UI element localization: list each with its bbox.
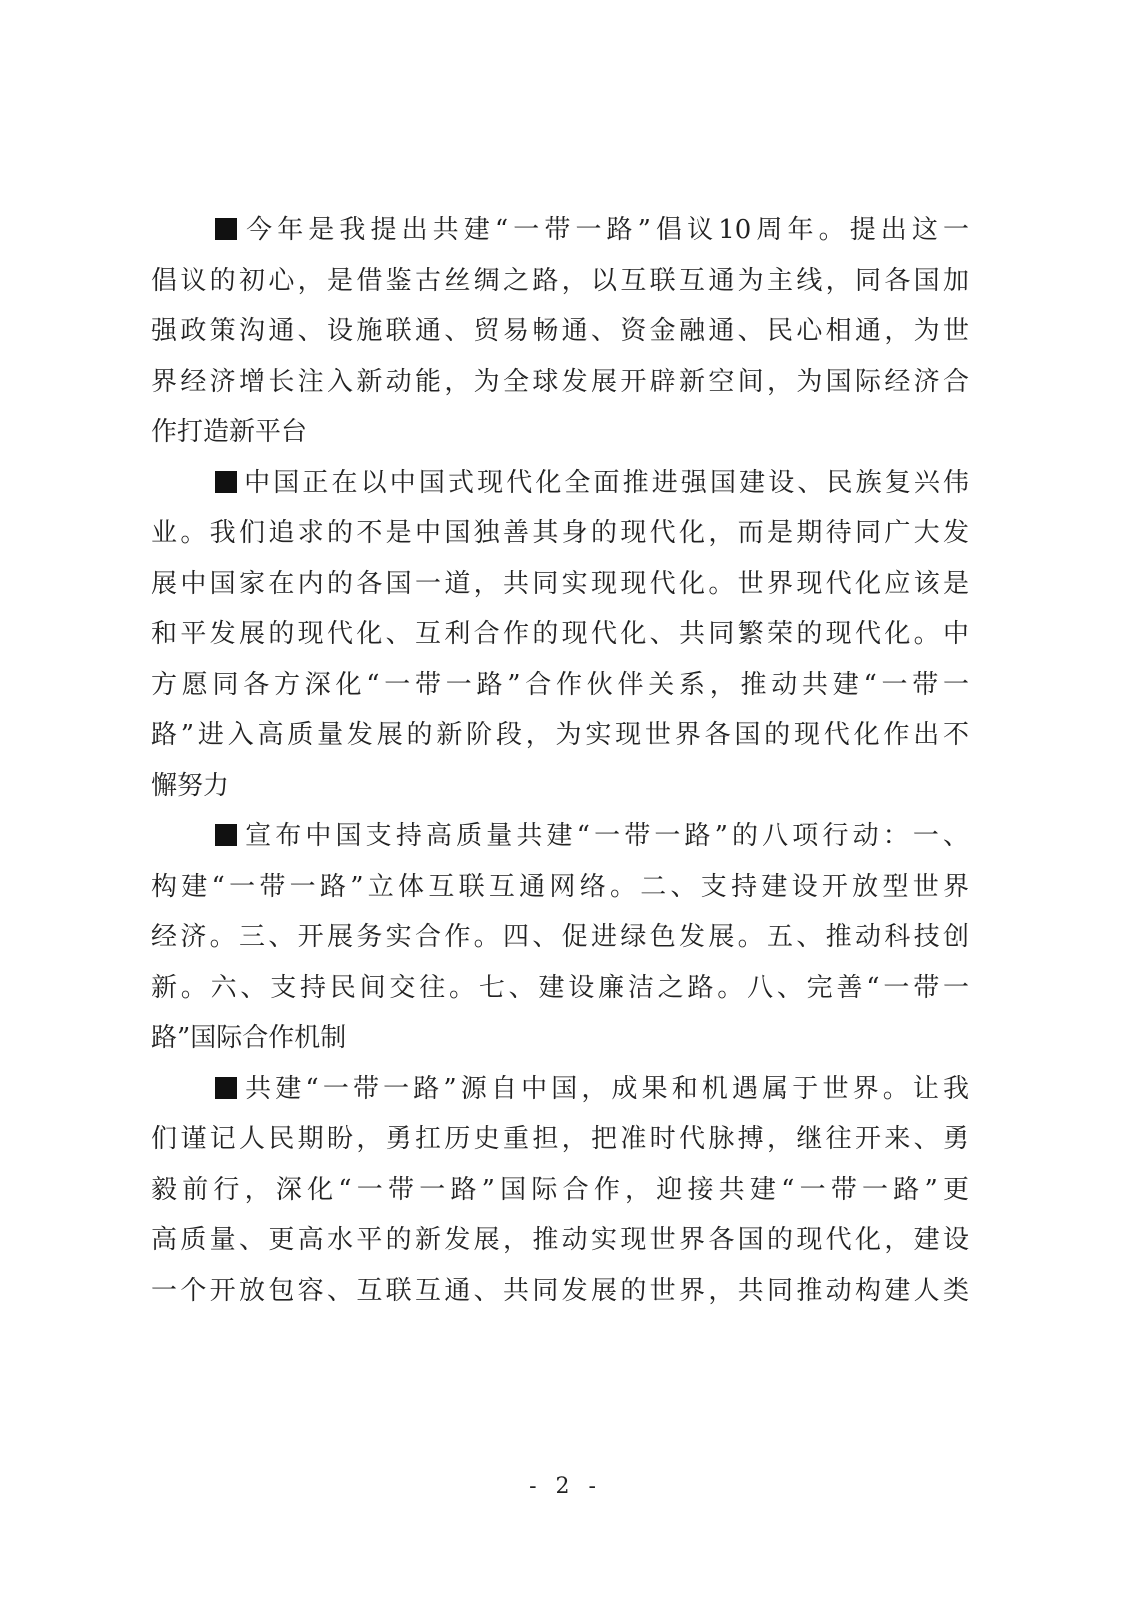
paragraph-line: 们谨记人民期盼，勇扛历史重担，把准时代脉搏，继往开来、勇 [151, 1114, 969, 1165]
page-number: - 2 - [0, 1474, 1131, 1499]
paragraph-line: 中国正在以中国式现代化全面推进强国建设、民族复兴伟 [151, 458, 969, 509]
paragraph-line: 业。我们追求的不是中国独善其身的现代化，而是期待同广大发 [151, 508, 969, 559]
paragraph-line: 展中国家在内的各国一道，共同实现现代化。世界现代化应该是 [151, 559, 969, 610]
paragraph-line: 和平发展的现代化、互利合作的现代化、共同繁荣的现代化。中 [151, 609, 969, 660]
paragraph-1: 今年是我提出共建“一带一路”倡议10周年。提出这一 倡议的初心，是借鉴古丝绸之路… [151, 205, 969, 458]
paragraph-line: 高质量、更高水平的新发展，推动实现世界各国的现代化，建设 [151, 1215, 969, 1266]
bullet-square-icon [215, 1077, 237, 1099]
paragraph-line-text: 宣布中国支持高质量共建“一带一路”的八项行动：一、 [241, 821, 969, 851]
paragraph-line: 懈努力 [151, 761, 969, 812]
paragraph-line: 方愿同各方深化“一带一路”合作伙伴关系，推动共建“一带一 [151, 660, 969, 711]
paragraph-line-text: 共建“一带一路”源自中国，成果和机遇属于世界。让我 [241, 1074, 969, 1104]
paragraph-4: 共建“一带一路”源自中国，成果和机遇属于世界。让我 们谨记人民期盼，勇扛历史重担… [151, 1064, 969, 1317]
paragraph-line: 构建“一带一路”立体互联互通网络。二、支持建设开放型世界 [151, 862, 969, 913]
paragraph-2: 中国正在以中国式现代化全面推进强国建设、民族复兴伟 业。我们追求的不是中国独善其… [151, 458, 969, 812]
paragraph-line-text: 中国正在以中国式现代化全面推进强国建设、民族复兴伟 [241, 468, 969, 498]
paragraph-line: 经济。三、开展务实合作。四、促进绿色发展。五、推动科技创 [151, 912, 969, 963]
paragraph-line: 今年是我提出共建“一带一路”倡议10周年。提出这一 [151, 205, 969, 256]
bullet-square-icon [215, 824, 237, 846]
document-page: 今年是我提出共建“一带一路”倡议10周年。提出这一 倡议的初心，是借鉴古丝绸之路… [0, 0, 1131, 1600]
body-text: 今年是我提出共建“一带一路”倡议10周年。提出这一 倡议的初心，是借鉴古丝绸之路… [151, 205, 969, 1316]
paragraph-line-text: 今年是我提出共建“一带一路”倡议10周年。提出这一 [241, 215, 969, 245]
paragraph-line: 路”国际合作机制 [151, 1013, 969, 1064]
paragraph-line: 作打造新平台 [151, 407, 969, 458]
paragraph-line: 共建“一带一路”源自中国，成果和机遇属于世界。让我 [151, 1064, 969, 1115]
paragraph-line: 一个开放包容、互联互通、共同发展的世界，共同推动构建人类 [151, 1266, 969, 1317]
paragraph-3: 宣布中国支持高质量共建“一带一路”的八项行动：一、 构建“一带一路”立体互联互通… [151, 811, 969, 1064]
paragraph-line: 路”进入高质量发展的新阶段，为实现世界各国的现代化作出不 [151, 710, 969, 761]
paragraph-line: 毅前行，深化“一带一路”国际合作，迎接共建“一带一路”更 [151, 1165, 969, 1216]
bullet-square-icon [215, 471, 237, 493]
bullet-square-icon [215, 218, 237, 240]
paragraph-line: 宣布中国支持高质量共建“一带一路”的八项行动：一、 [151, 811, 969, 862]
paragraph-line: 倡议的初心，是借鉴古丝绸之路，以互联互通为主线，同各国加 [151, 256, 969, 307]
paragraph-line: 强政策沟通、设施联通、贸易畅通、资金融通、民心相通，为世 [151, 306, 969, 357]
paragraph-line: 新。六、支持民间交往。七、建设廉洁之路。八、完善“一带一 [151, 963, 969, 1014]
paragraph-line: 界经济增长注入新动能，为全球发展开辟新空间，为国际经济合 [151, 357, 969, 408]
